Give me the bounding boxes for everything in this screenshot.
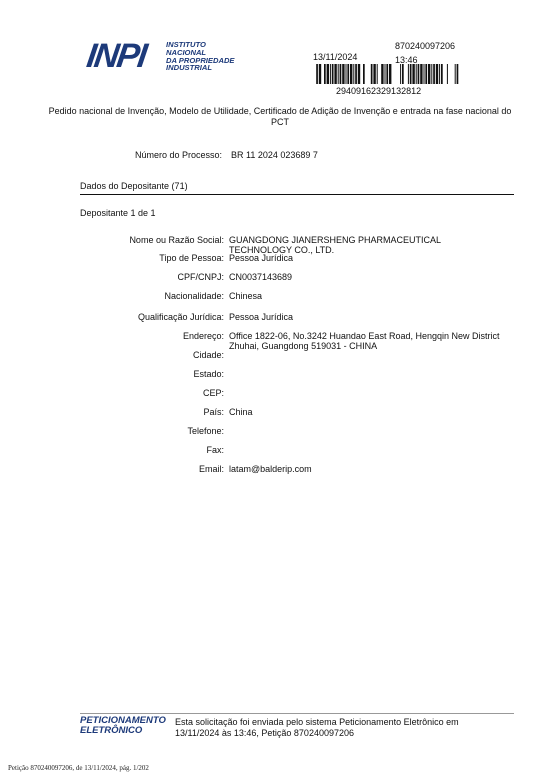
- field-label: CPF/CNPJ:: [177, 272, 224, 282]
- protocol-number: 870240097206: [395, 41, 455, 51]
- field-label: Cidade:: [193, 350, 224, 360]
- field-label: Estado:: [193, 369, 224, 379]
- field-label: Telefone:: [187, 426, 224, 436]
- field-label: País:: [203, 407, 224, 417]
- field-value-line: Office 1822-06, No.3242 Huandao East Roa…: [229, 331, 500, 341]
- field-label: Tipo de Pessoa:: [159, 253, 224, 263]
- brand-line: ELETRÔNICO: [80, 726, 166, 736]
- field-value: Pessoa Jurídica: [229, 253, 293, 263]
- field-value-line: Zhuhai, Guangdong 519031 - CHINA: [229, 341, 500, 351]
- footer-notice-line: Esta solicitação foi enviada pelo sistem…: [175, 717, 459, 728]
- field-label: CEP:: [203, 388, 224, 398]
- field-value: GUANGDONG JIANERSHENG PHARMACEUTICALTECH…: [229, 235, 441, 255]
- field-label: Qualificação Jurídica:: [138, 312, 224, 322]
- submission-date: 13/11/2024: [313, 52, 357, 62]
- page-footer-note: Petição 870240097206, de 13/11/2024, pág…: [8, 764, 149, 772]
- inpi-logo-text: INSTITUTO NACIONAL DA PROPRIEDADE INDUST…: [166, 41, 235, 72]
- field-value: latam@balderip.com: [229, 464, 312, 474]
- field-value: Pessoa Jurídica: [229, 312, 293, 322]
- field-label: Email:: [199, 464, 224, 474]
- field-value: China: [229, 407, 253, 417]
- field-value-line: Pessoa Jurídica: [229, 253, 293, 263]
- barcode-image: [311, 64, 459, 84]
- field-label: Nacionalidade:: [164, 291, 224, 301]
- field-value-line: Chinesa: [229, 291, 262, 301]
- field-value: Chinesa: [229, 291, 262, 301]
- document-title: Pedido nacional de Invenção, Modelo de U…: [40, 106, 520, 128]
- process-number-value: BR 11 2024 023689 7: [231, 150, 318, 160]
- field-label: Endereço:: [183, 331, 224, 341]
- inpi-logo: INPI: [85, 39, 148, 73]
- section-divider: [80, 194, 514, 195]
- field-value-line: Pessoa Jurídica: [229, 312, 293, 322]
- section-subheading: Depositante 1 de 1: [80, 208, 156, 218]
- field-value: Office 1822-06, No.3242 Huandao East Roa…: [229, 331, 500, 351]
- field-value-line: China: [229, 407, 253, 417]
- process-number-label: Número do Processo:: [135, 150, 222, 160]
- peticionamento-logo: PETICIONAMENTO ELETRÔNICO: [80, 716, 166, 736]
- field-value: CN0037143689: [229, 272, 292, 282]
- field-label: Fax:: [206, 445, 224, 455]
- footer-notice-line: 13/11/2024 às 13:46, Petição 87024009720…: [175, 728, 459, 739]
- field-value-line: latam@balderip.com: [229, 464, 312, 474]
- field-label: Nome ou Razão Social:: [129, 235, 224, 245]
- footer-notice: Esta solicitação foi enviada pelo sistem…: [175, 717, 459, 739]
- logo-line: INDUSTRIAL: [166, 64, 235, 72]
- section-heading: Dados do Depositante (71): [80, 181, 188, 191]
- footer-divider: [80, 713, 514, 714]
- barcode-number: 29409162329132812: [336, 86, 421, 96]
- field-value-line: GUANGDONG JIANERSHENG PHARMACEUTICAL: [229, 235, 441, 245]
- field-value-line: CN0037143689: [229, 272, 292, 282]
